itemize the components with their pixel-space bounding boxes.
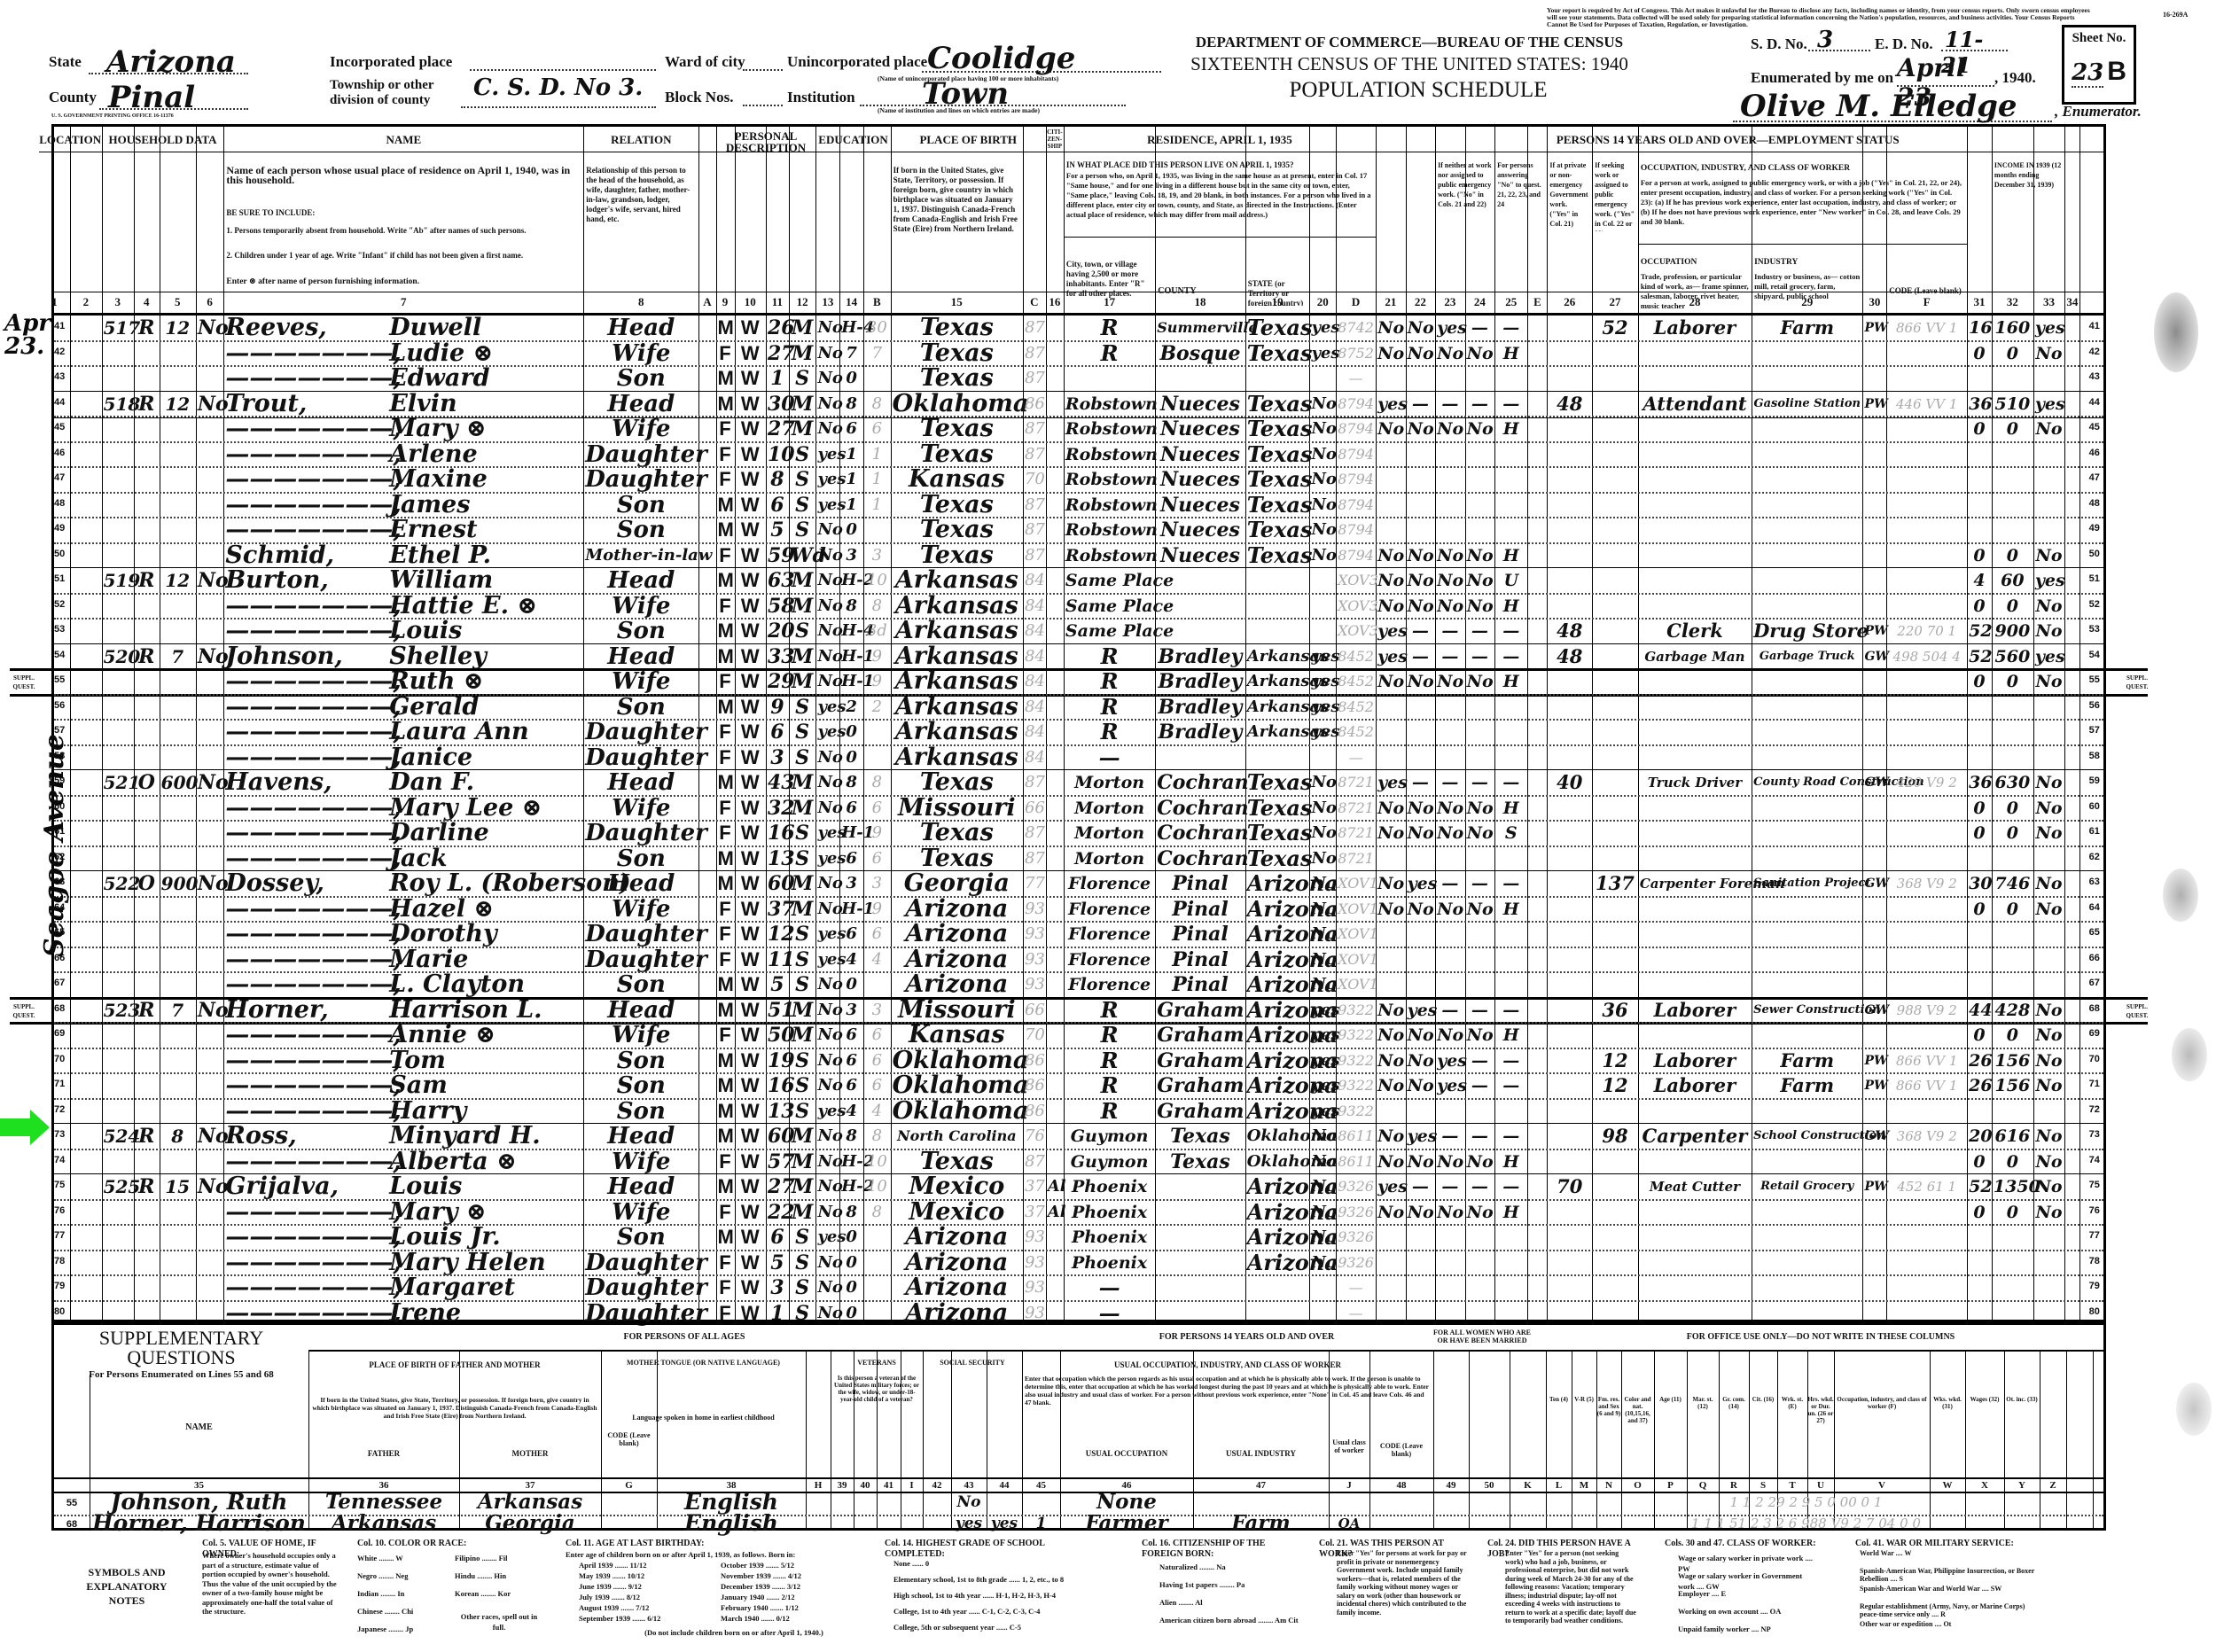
cell-c17: Morton <box>1065 820 1153 846</box>
cell-c19: Texas <box>1247 820 1308 846</box>
cell-c21: No <box>1377 416 1403 442</box>
cell-codeF: 368 V9 2 <box>1888 870 1965 897</box>
cell-c22: No <box>1408 567 1433 594</box>
cell-c21: yes <box>1377 391 1403 417</box>
cell-race: W <box>737 896 764 923</box>
table-row[interactable]: 5252———————,Hattie E. ⊗WifeFW58MNo88Arka… <box>54 593 2103 619</box>
cell-c32: 0 <box>1994 668 2032 695</box>
cell-cit: Al <box>1048 1173 1062 1200</box>
institution-field[interactable] <box>860 87 1126 106</box>
cell-c22: No <box>1408 1072 1433 1099</box>
cell-c23: No <box>1437 820 1463 846</box>
cell-c19: Arkansas <box>1247 668 1308 695</box>
cell-c33: yes <box>2035 391 2063 417</box>
enumerator-field[interactable]: Olive M. Elledge <box>1733 89 2052 122</box>
cell-bp: Arkansas <box>893 694 1021 721</box>
col10-entry: White ........ W <box>357 1553 446 1563</box>
line-number: 73 <box>54 1129 65 1140</box>
cell-c33: No <box>2035 340 2063 367</box>
cell-c21: No <box>1377 567 1403 594</box>
cell-c22: No <box>1408 416 1433 442</box>
cell-codeD: 9322 <box>1338 997 1374 1024</box>
cell-race: W <box>737 921 764 947</box>
cell-mar: M <box>791 1173 815 1200</box>
cell-c18: Texas <box>1157 1123 1243 1149</box>
cell-codeF: 420 V9 2 <box>1888 769 1965 796</box>
table-row[interactable]: 6969———————,Annie ⊗WifeFW50MNo66Kansas70… <box>54 1022 2103 1048</box>
cell-c21: No <box>1377 315 1403 341</box>
cell-c24: No <box>1467 542 1493 569</box>
cell-grade: 2 <box>841 694 862 721</box>
table-row[interactable]: 6363522O900NoDossey,Roy L. (Roberson)Hea… <box>54 870 2103 896</box>
table-row[interactable]: 6262———————,JackSonMW13Syes66Texas87Mort… <box>54 845 2103 871</box>
line-number: 69 <box>54 1028 65 1039</box>
cell-name: ———————,James <box>225 492 581 518</box>
cell-c18: Cochran <box>1157 845 1243 872</box>
cell-c23: — <box>1437 870 1463 897</box>
given-name: Margaret <box>389 1274 515 1301</box>
cell-sex: M <box>718 769 733 796</box>
cell-codeB: 6 <box>865 921 889 947</box>
line-number-right: 63 <box>2079 877 2109 887</box>
cell-cls: GW <box>1864 769 1884 796</box>
cell-codeB: 10 <box>865 1173 889 1200</box>
cell-codeC: 70 <box>1025 1022 1044 1048</box>
cell-race: W <box>737 947 764 973</box>
cell-mar: S <box>791 744 815 771</box>
column-number-20: 20 <box>1309 295 1336 309</box>
table-row[interactable]: 5353———————,LouisSonMW20SNoH-43dArkansas… <box>54 618 2103 643</box>
birth-instructions: If born in the United States, give State… <box>893 166 1020 299</box>
cell-ind: Gasoline Station <box>1753 391 1861 417</box>
cell-c25: H <box>1496 416 1525 442</box>
cell-c17: Phoenix <box>1065 1224 1153 1251</box>
col42-entry: Other war or expedition .... Ot <box>1860 1620 2037 1628</box>
cell-codeC: 93 <box>1025 1224 1044 1251</box>
cell-house: 525 <box>104 1173 132 1200</box>
cell-name: ———————,Margaret <box>225 1274 581 1301</box>
cell-c32: 156 <box>1994 1072 2032 1099</box>
block-field[interactable] <box>743 87 783 106</box>
cell-c25: H <box>1496 1199 1525 1226</box>
cell-rel: Daughter <box>585 1250 697 1276</box>
cell-c24: No <box>1467 1149 1493 1175</box>
cell-bp: Texas <box>893 441 1021 468</box>
column-number-2: 2 <box>70 295 101 309</box>
office-col-heading: Cit. (16) <box>1749 1396 1777 1403</box>
cell-c20: No <box>1311 391 1334 417</box>
cell-rel: Daughter <box>585 921 697 947</box>
cell-c19: Texas <box>1247 441 1308 468</box>
cell-grade: 3 <box>841 542 862 569</box>
cell-codeC: 87 <box>1025 1149 1044 1175</box>
table-row[interactable]: 5454520R7NoJohnson,ShelleyHeadMW33MNoH-1… <box>54 643 2103 669</box>
cell-mar: M <box>791 1123 815 1149</box>
supp-all-ages-heading: FOR PERSONS OF ALL AGES <box>308 1332 1060 1342</box>
state-label: State <box>49 53 82 71</box>
cell-c20: No <box>1311 947 1334 973</box>
line-number-right: 56 <box>2079 700 2109 711</box>
cell-codeC: 77 <box>1025 870 1044 897</box>
table-row[interactable]: 6767———————,L. ClaytonSonMW5SNo0Arizona9… <box>54 971 2103 997</box>
column-number-32: 32 <box>1992 295 2033 309</box>
cell-age: 29 <box>768 668 787 695</box>
col5-text: Where owner's household occupies only a … <box>202 1551 344 1617</box>
cell-c18: Bradley <box>1157 694 1243 721</box>
sd-field[interactable]: 3 <box>1808 27 1870 51</box>
cell-sch: No <box>817 744 838 771</box>
county-label: County <box>49 89 97 106</box>
table-row[interactable]: 4242———————,Ludie ⊗WifeFW27MNo77Texas87R… <box>54 340 2103 366</box>
cell-codeD: XOV3 <box>1338 593 1374 619</box>
cell-c31: 26 <box>1969 1072 1990 1099</box>
cell-mar: M <box>791 340 815 367</box>
cell-c21: No <box>1377 1149 1403 1175</box>
table-row[interactable]: 6868523R7NoHorner,Harrison L.HeadMW51MNo… <box>54 997 2103 1023</box>
section-education: EDUCATION <box>815 134 890 145</box>
table-row[interactable]: 7575525R15NoGrijalva,LouisHeadMW27MNoH-2… <box>54 1173 2103 1199</box>
cell-name: ———————,Sam <box>225 1072 581 1099</box>
cell-codeD: 8794 <box>1338 517 1374 543</box>
cell-rel: Head <box>585 1173 697 1200</box>
cell-sch: No <box>817 391 838 417</box>
given-name: Jack <box>389 845 447 872</box>
cell-c31: 44 <box>1969 997 1990 1024</box>
cell-sch: No <box>817 618 838 644</box>
table-row[interactable]: 5757———————,Laura AnnDaughterFW6Syes0Ark… <box>54 719 2103 744</box>
cell-occ: Laborer <box>1640 997 1750 1024</box>
cell-c25: — <box>1496 997 1525 1024</box>
cell-codeF: 446 VV 1 <box>1888 391 1965 417</box>
column-number-1: 1 <box>39 295 70 309</box>
line-number-right: 48 <box>2079 498 2109 509</box>
cell-farm: No <box>198 870 222 897</box>
column-number-13: 13 <box>815 295 839 309</box>
given-name: James <box>389 491 470 518</box>
table-row[interactable]: 7777———————,Louis Jr.SonMW6Syes0Arizona9… <box>54 1224 2103 1250</box>
line-number-right: 55 <box>2079 674 2109 685</box>
given-name: Dan F. <box>389 768 474 796</box>
cell-tenure: R <box>136 567 158 594</box>
given-name: Hazel ⊗ <box>389 895 494 923</box>
cell-c20: yes <box>1311 668 1334 695</box>
cell-race: W <box>737 1173 764 1200</box>
township-field[interactable]: C. S. D. No 3. <box>461 74 656 108</box>
table-row[interactable]: 4949———————,ErnestSonMW5SNo0Texas87Robst… <box>54 517 2103 542</box>
cell-grade: 3 <box>841 870 862 897</box>
cell-grade: 4 <box>841 947 862 973</box>
cell-mar: M <box>791 795 815 822</box>
cell-grade: H-1 <box>841 668 862 695</box>
table-row[interactable]: 5050Schmid,Ethel P.Mother-in-lawFW59WdNo… <box>54 542 2103 568</box>
line-number-right: 54 <box>2079 650 2109 660</box>
cell-name: ———————,Alberta ⊗ <box>225 1149 581 1175</box>
cell-name: Schmid,Ethel P. <box>225 542 581 569</box>
cell-codeB: 10 <box>865 567 889 594</box>
supp-table-row[interactable]: 68Horner, HarrisonArkansasGeorgiaEnglish… <box>54 1515 2103 1536</box>
table-row[interactable]: 7474———————,Alberta ⊗WifeFW57MNoH-210Tex… <box>54 1149 2103 1174</box>
cell-c33: No <box>2035 1173 2063 1200</box>
cell-c18: Cochran <box>1157 820 1243 846</box>
table-row[interactable]: 4646———————,ArleneDaughterFW10Syes11Texa… <box>54 441 2103 467</box>
cell-sex: F <box>718 1199 733 1226</box>
cell-codeC: 86 <box>1025 1072 1044 1099</box>
cell-c18: Pinal <box>1157 896 1243 923</box>
cell-race: W <box>737 1199 764 1226</box>
cell-tenure: R <box>136 315 158 341</box>
cell-c23: — <box>1437 769 1463 796</box>
cell-sex: F <box>718 416 733 442</box>
table-row[interactable]: 7171———————,SamSonMW16SNo66Oklahoma86RGr… <box>54 1072 2103 1098</box>
cell-c27: 52 <box>1594 315 1636 341</box>
cell-grade: H-1 <box>841 820 862 846</box>
cell-c25: H <box>1496 1149 1525 1175</box>
table-row[interactable]: 7070———————,TomSonMW19SNo66Oklahoma86RGr… <box>54 1048 2103 1073</box>
cell-c18: Graham <box>1157 1048 1243 1074</box>
cell-c33: No <box>2035 668 2063 695</box>
cell-codeC: 87 <box>1025 441 1044 468</box>
cell-c25: — <box>1496 870 1525 897</box>
table-row[interactable]: 7979———————,MargaretDaughterFW3SNo0Arizo… <box>54 1274 2103 1300</box>
cell-codeD: 8742 <box>1338 315 1374 341</box>
cell-rel: Head <box>585 567 697 594</box>
cell-c33: No <box>2035 416 2063 442</box>
column-number-25: 25 <box>1494 295 1527 309</box>
cell-c24: — <box>1467 315 1493 341</box>
line-number: 51 <box>54 573 65 584</box>
cell-sch: No <box>817 643 838 670</box>
cell-sex: F <box>718 668 733 695</box>
cell-codeC: 84 <box>1025 567 1044 594</box>
cell-race: W <box>737 441 764 468</box>
cell-c24: No <box>1467 593 1493 619</box>
table-row[interactable]: 6666———————,MarieDaughterFW11Syes44Arizo… <box>54 947 2103 972</box>
given-name: Minyard H. <box>389 1122 540 1149</box>
county-field[interactable]: Pinal <box>99 80 248 110</box>
given-name: Annie ⊗ <box>389 1021 495 1048</box>
table-row[interactable]: 4848———————,JamesSonMW6Syes11Texas87Robs… <box>54 492 2103 518</box>
cell-c32: 0 <box>1994 820 2032 846</box>
cell-cls: PW <box>1864 1048 1884 1074</box>
cell-sch: No <box>817 795 838 822</box>
table-row[interactable]: 8080———————,IreneDaughterFW1SNo0Arizona9… <box>54 1300 2103 1326</box>
cell-name: ———————,Hazel ⊗ <box>225 896 581 923</box>
cell-rel: Wife <box>585 795 697 822</box>
cell-c18: Nueces <box>1157 466 1243 493</box>
cell-c17: R <box>1065 1048 1153 1074</box>
surname: ———————, <box>225 517 389 543</box>
cell-codeB: 9 <box>865 820 889 846</box>
institution-note: (Name of institution and lines on which … <box>878 106 1040 115</box>
cell-age: 51 <box>768 997 787 1024</box>
surname: ———————, <box>225 1149 389 1175</box>
cell-c17: R <box>1065 1072 1153 1099</box>
col11-footnote: (Do not include children born on or afte… <box>601 1627 867 1638</box>
cell-bp: Texas <box>893 542 1021 569</box>
table-row[interactable]: 4444518R12NoTrout,ElvinHeadMW30MNo88Okla… <box>54 391 2103 417</box>
surname: ———————, <box>225 668 389 695</box>
table-row[interactable]: 6464———————,Hazel ⊗WifeFW37MNoH-19Arizon… <box>54 896 2103 922</box>
cell-race: W <box>737 492 764 518</box>
cell-codeD: — <box>1338 744 1374 771</box>
cell-c33: yes <box>2035 567 2063 594</box>
residence-instructions: For a person who, on April 1, 1935, was … <box>1066 171 1373 233</box>
given-name: Tom <box>389 1047 446 1074</box>
line-number-right: 43 <box>2079 371 2109 382</box>
cell-sch: No <box>817 896 838 923</box>
cell-age: 16 <box>768 820 787 846</box>
table-row[interactable]: 4141517R12NoReeves,DuwellHeadMW26MNoH-43… <box>54 315 2103 340</box>
cell-farm: No <box>198 997 222 1024</box>
cell-c22: No <box>1408 1149 1433 1175</box>
cell-c32: 0 <box>1994 340 2032 367</box>
cell-c31: 0 <box>1969 1022 1990 1048</box>
cell-codeB: 8 <box>865 769 889 796</box>
line-number-right: 44 <box>2079 397 2109 408</box>
cell-codeD: 8611 <box>1338 1149 1374 1175</box>
cell-age: 27 <box>768 1173 787 1200</box>
office-col-heading: Age (11) <box>1654 1396 1687 1403</box>
state-field[interactable]: Arizona <box>89 44 248 74</box>
usual-occupation-heading: USUAL OCCUPATION, INDUSTRY, AND CLASS OF… <box>1022 1360 1433 1369</box>
cell-c20: No <box>1311 441 1334 468</box>
table-row[interactable]: 4545———————,Mary ⊗WifeFW27MNo66Texas87Ro… <box>54 416 2103 441</box>
sheet-number-box: Sheet No. 23 B <box>2062 25 2136 105</box>
table-row[interactable]: 4343———————,EdwardSonMW1SNo0Texas87— <box>54 365 2103 391</box>
enumerated-year: , 1940. <box>1994 69 2036 87</box>
ward-field[interactable] <box>743 51 783 71</box>
incorporated-field[interactable] <box>470 51 656 71</box>
occupation-column-heading: OCCUPATION <box>1641 258 1749 270</box>
cell-c32: 0 <box>1994 795 2032 822</box>
cell-c17: R <box>1065 1098 1153 1125</box>
line-number: 54 <box>54 650 65 660</box>
cell-cit: Al <box>1048 1199 1062 1226</box>
cell-c33: No <box>2035 769 2063 796</box>
line-number: 70 <box>54 1054 65 1064</box>
cell-c24: No <box>1467 668 1493 695</box>
cell-c20: No <box>1311 870 1334 897</box>
cell-rel: Mother-in-law <box>585 542 697 569</box>
supplementary-marker-left: SUPPL. QUEST. <box>6 674 42 691</box>
table-row[interactable]: 7676———————,Mary ⊗WifeFW22MNo88Mexico37A… <box>54 1199 2103 1225</box>
column-number-26: 26 <box>1547 295 1592 309</box>
supp-column-number: 44 <box>987 1480 1022 1491</box>
table-row[interactable]: 7272———————,HarrySonMW13Syes44Oklahoma86… <box>54 1098 2103 1124</box>
cell-codeB: 1 <box>865 466 889 493</box>
cell-c17: Guymon <box>1065 1123 1153 1149</box>
cell-ind: County Road Construction <box>1753 769 1861 796</box>
surname: ———————, <box>225 416 389 442</box>
cell-value: 12 <box>161 391 194 417</box>
cell-tenure: R <box>136 1123 158 1149</box>
given-name: Harrison L. <box>389 996 542 1024</box>
cell-c25: — <box>1496 1123 1525 1149</box>
cell-c32: 510 <box>1994 391 2032 417</box>
cell-grade: 8 <box>841 769 862 796</box>
cell-bp: Texas <box>893 416 1021 442</box>
table-row[interactable]: 5858———————,JaniceDaughterFW3SNo0Arkansa… <box>54 744 2103 770</box>
line-number: 52 <box>54 599 65 610</box>
table-row[interactable]: 5656———————,GeraldSonMW9Syes22Arkansas84… <box>54 694 2103 720</box>
cell-c25: H <box>1496 593 1525 619</box>
cell-occ: Carpenter Foreman <box>1640 870 1750 897</box>
cell-c32: 0 <box>1994 1022 2032 1048</box>
cell-c31: 0 <box>1969 820 1990 846</box>
cell-codeB: 3d <box>865 618 889 644</box>
cell-codeB: 6 <box>865 845 889 872</box>
ed-field[interactable]: 11-21 <box>1941 27 2008 51</box>
column-number-19: 19 <box>1245 295 1310 309</box>
cell-age: 13 <box>768 845 787 872</box>
line-number: 68 <box>54 1003 65 1014</box>
given-name: Mary ⊗ <box>389 1198 486 1226</box>
surname: Johnson, <box>225 643 389 670</box>
cell-sex: M <box>718 694 733 721</box>
cell-rel: Wife <box>585 1199 697 1226</box>
surname: ———————, <box>225 1224 389 1251</box>
cell-sex: M <box>718 517 733 543</box>
table-row[interactable]: 7878———————,Mary HelenDaughterFW5SNo0Ari… <box>54 1250 2103 1275</box>
cell-c23: yes <box>1437 1072 1463 1099</box>
cell-sex: M <box>718 365 733 392</box>
cell-c21: No <box>1377 795 1403 822</box>
supp-office-heading: FOR OFFICE USE ONLY—DO NOT WRITE IN THES… <box>1533 1332 2109 1342</box>
cell-c21: yes <box>1377 1173 1403 1200</box>
surname: ———————, <box>225 1072 389 1099</box>
office-col-heading: V-R (5) <box>1572 1396 1596 1403</box>
cell-sex: M <box>718 845 733 872</box>
cell-codeD: XOV1 <box>1338 971 1374 998</box>
surname: ———————, <box>225 845 389 872</box>
table-row[interactable]: 5959521O600NoHavens,Dan F.HeadMW43MNo88T… <box>54 769 2103 795</box>
cell-codeD: 9322 <box>1338 1022 1374 1048</box>
enumerated-date-field[interactable]: April 23 <box>1897 53 1994 87</box>
cell-c19: Arizona <box>1247 1250 1308 1276</box>
table-row[interactable]: 6060———————,Mary Lee ⊗WifeFW32MNo66Misso… <box>54 795 2103 821</box>
cell-c23: No <box>1437 1149 1463 1175</box>
cell-bp: Texas <box>893 315 1021 341</box>
cell-sex: F <box>718 947 733 973</box>
cell-c20: No <box>1311 416 1334 442</box>
table-row-highlighted[interactable]: 7373524R8NoRoss,Minyard H.HeadMW60MNo88N… <box>54 1123 2103 1149</box>
cell-sch: No <box>817 1123 838 1149</box>
table-row[interactable]: 4747———————,MaxineDaughterFW8Syes11Kansa… <box>54 466 2103 492</box>
surname: Grijalva, <box>225 1173 389 1200</box>
column-number-4: 4 <box>134 295 160 309</box>
street-name: Seagoe Avenue <box>39 694 70 997</box>
cell-sex: F <box>718 744 733 771</box>
cell-grade: 0 <box>841 744 862 771</box>
township-label: Township or other division of county <box>330 78 480 108</box>
cell-farm: No <box>198 391 222 417</box>
table-row[interactable]: 5151519R12NoBurton,WilliamHeadMW63MNoH-2… <box>54 567 2103 593</box>
table-row[interactable]: 5555———————,Ruth ⊗WifeFW29MNoH-19Arkansa… <box>54 668 2103 694</box>
unincorporated-field[interactable]: Coolidge Town <box>922 41 1161 73</box>
cell-name: ———————,Arlene <box>225 441 581 468</box>
cell-bp: Texas <box>893 365 1021 392</box>
cell-age: 37 <box>768 896 787 923</box>
cell-c22: No <box>1408 795 1433 822</box>
line-number: 45 <box>54 422 65 432</box>
table-row[interactable]: 6161———————,DarlineDaughterFW16SyesH-19T… <box>54 820 2103 845</box>
cell-sch: No <box>817 1173 838 1200</box>
cell-mar: M <box>791 896 815 923</box>
cell-c25: H <box>1496 668 1525 695</box>
table-row[interactable]: 6565———————,DorothyDaughterFW12Syes66Ari… <box>54 921 2103 947</box>
cell-c31: 0 <box>1969 795 1990 822</box>
surname: ———————, <box>225 694 389 721</box>
